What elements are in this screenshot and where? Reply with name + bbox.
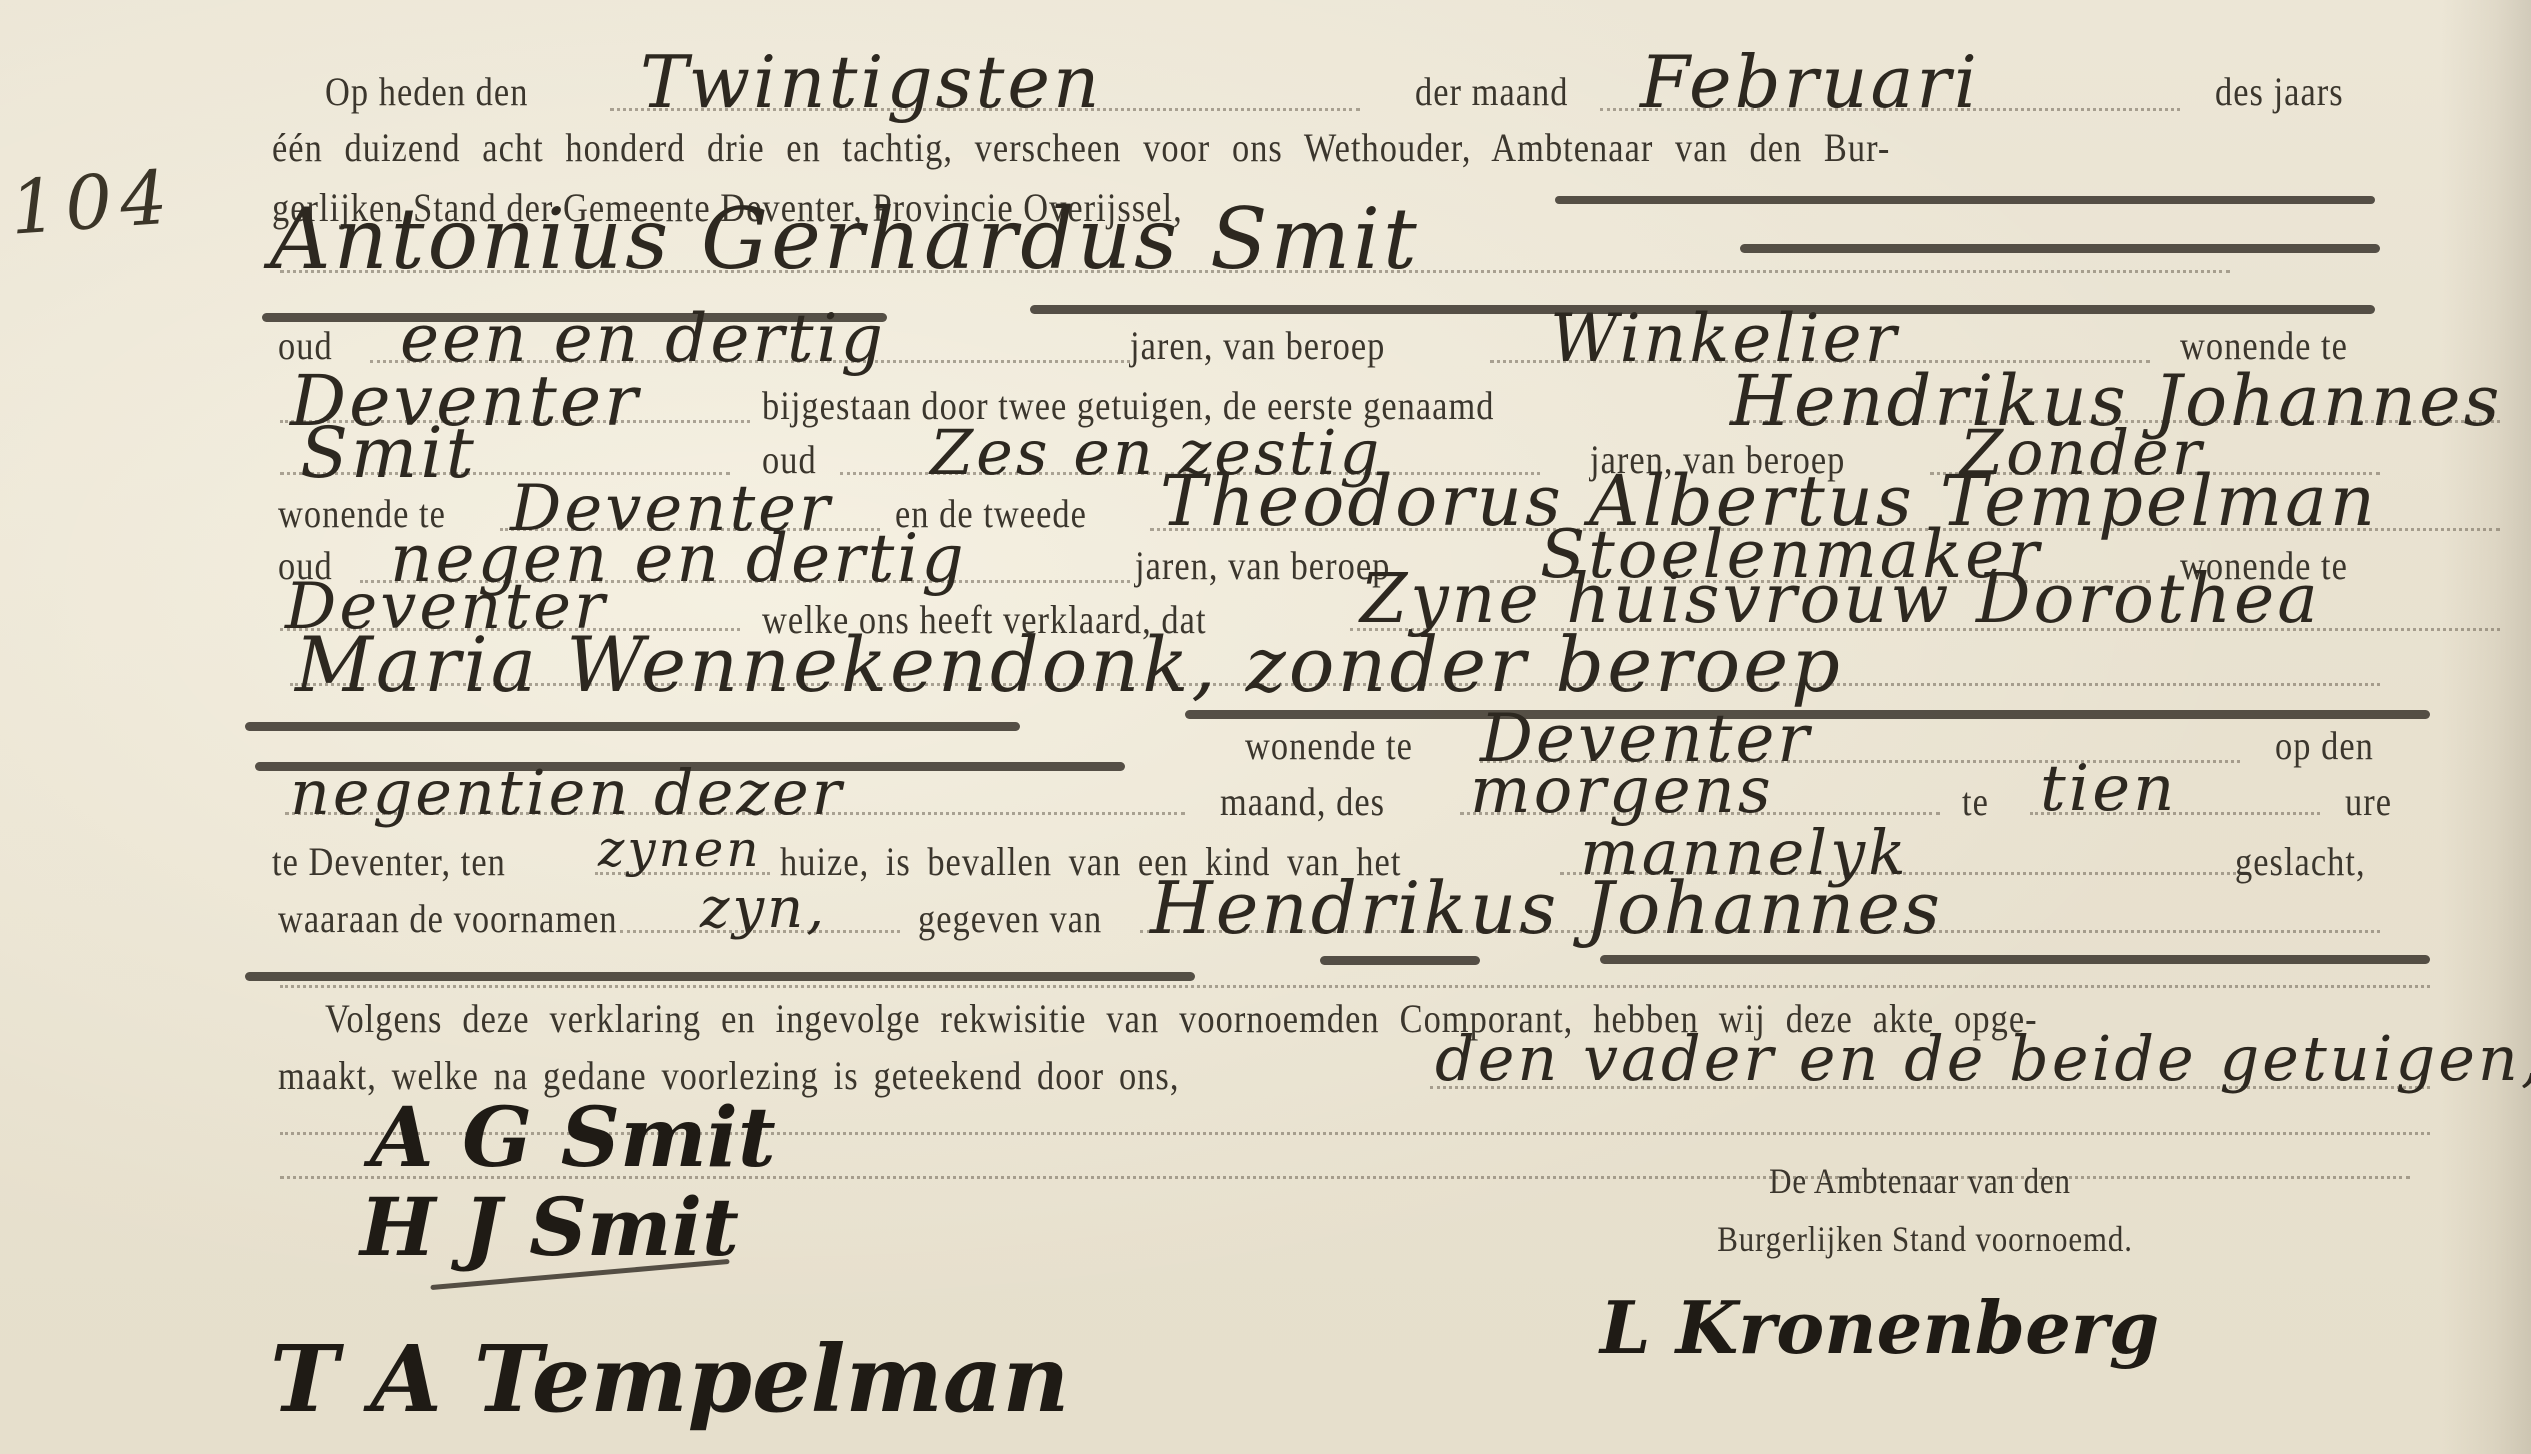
- strike-line: [1320, 956, 1480, 965]
- register-number: 104: [7, 154, 178, 251]
- print-text: Op heden den: [325, 68, 528, 115]
- print-text: des jaars: [2215, 68, 2344, 115]
- print-text: jaren, van beroep: [1130, 322, 1385, 369]
- print-text: geslacht,: [2235, 838, 2366, 885]
- handwritten-father-name: Antonius Gerhardus Smit: [270, 190, 1420, 288]
- birth-certificate-page: ⁠ ⁠ ⁠ 104 Op heden den Twintigsten der m…: [0, 0, 2531, 1454]
- handwritten-signed-by: den vader en de beide getuigen,: [1435, 1022, 2531, 1095]
- print-text: op den: [2275, 722, 2374, 769]
- print-text: der maand: [1415, 68, 1569, 115]
- signature-official: L Kronenberg: [1600, 1285, 2159, 1370]
- print-text: waaraan de voornamen: [278, 895, 618, 942]
- signature-witness-1: H J Smit: [360, 1180, 739, 1274]
- closing-official-title-1: De Ambtenaar van den: [1679, 1160, 2161, 1202]
- handwritten-witness1-surname: Smit: [300, 412, 477, 494]
- print-text: één duizend acht honderd drie en tachtig…: [272, 124, 1890, 171]
- handwritten-mother-name-2: Maria Wennekendonk, zonder beroep: [295, 620, 1843, 709]
- handwritten-hour: tien: [2040, 752, 2177, 826]
- page-edge-shadow: [2441, 0, 2531, 1454]
- strike-line: [1555, 196, 2375, 204]
- print-text: gegeven van: [918, 895, 1102, 942]
- handwritten-birth-day: negentien dezer: [290, 756, 844, 829]
- handwritten-month: Februari: [1640, 40, 1980, 124]
- fill-line: [280, 985, 2430, 988]
- print-text: jaren, van beroep: [1135, 542, 1390, 589]
- closing-official-title-2: Burgerlijken Stand voornoemd.: [1646, 1218, 2205, 1260]
- signature-witness-2: T A Tempelman: [270, 1325, 1069, 1433]
- strike-line: [1600, 955, 2430, 964]
- print-text: maand, des: [1220, 778, 1385, 825]
- print-text: te Deventer, ten: [272, 838, 506, 885]
- signature-father: A G Smit: [370, 1090, 776, 1186]
- print-text: te: [1962, 778, 1989, 825]
- print-text: wonende te: [1245, 722, 1413, 769]
- handwritten-names-are: zyn,: [700, 876, 827, 941]
- handwritten-child-name: Hendrikus Johannes: [1150, 866, 1943, 950]
- strike-line: [245, 722, 1020, 731]
- handwritten-day: Twintigsten: [640, 40, 1102, 124]
- print-text: ure: [2345, 778, 2392, 825]
- bleed-through-text: ⁠ ⁠ ⁠: [2300, 110, 2320, 157]
- strike-line: [245, 972, 1195, 981]
- handwritten-house: zynen: [598, 820, 762, 878]
- strike-line: [1740, 244, 2380, 253]
